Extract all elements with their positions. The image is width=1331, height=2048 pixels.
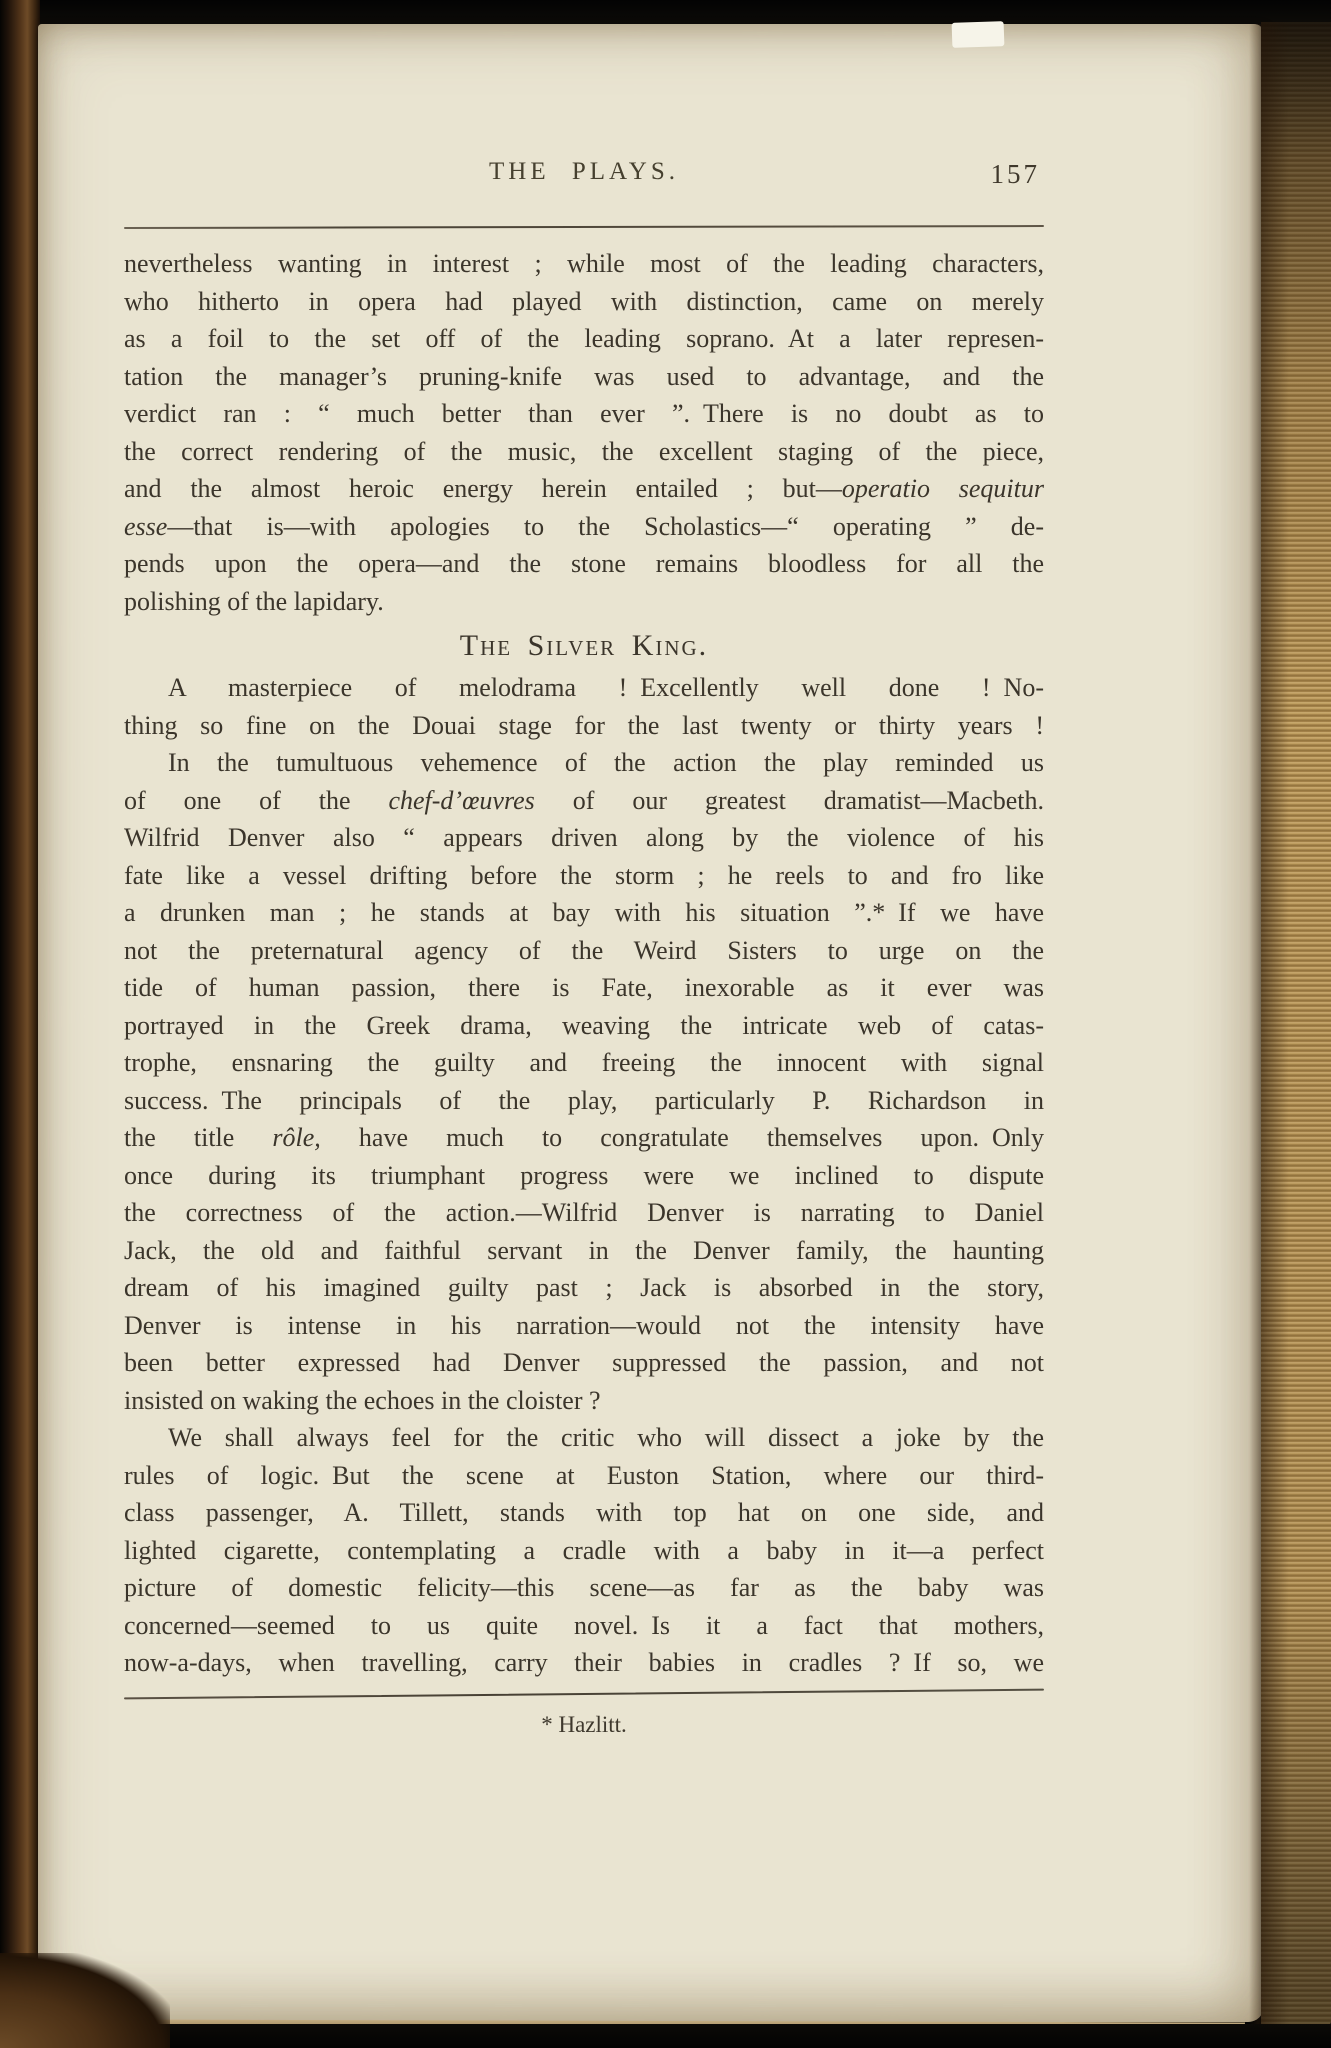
running-head: THE PLAYS.	[489, 158, 679, 186]
page-top-edge	[952, 21, 1005, 48]
text-line: as a foil to the set off of the leading …	[124, 320, 1044, 358]
text-line: We shall always feel for the critic who …	[124, 1419, 1044, 1457]
text-line: of one of the chef-d’œuvres of our great…	[124, 782, 1044, 820]
leather-corner	[0, 1953, 170, 2048]
text-line: insisted on waking the echoes in the clo…	[124, 1382, 1044, 1420]
header-rule	[124, 225, 1044, 229]
text-line: Denver is intense in his narration—would…	[124, 1307, 1044, 1345]
text-line: Jack, the old and faithful servant in th…	[124, 1232, 1044, 1270]
text-line: a drunken man ; he stands at bay with hi…	[124, 894, 1044, 932]
paragraph: A masterpiece of melodrama ! Excellently…	[124, 669, 1044, 744]
footnote-text: Hazlitt.	[558, 1712, 626, 1737]
text-line: been better expressed had Denver suppres…	[124, 1344, 1044, 1382]
text-line: esse—that is—with apologies to the Schol…	[124, 508, 1044, 546]
footnote-symbol: *	[541, 1712, 553, 1737]
text-line: dream of his imagined guilty past ; Jack…	[124, 1269, 1044, 1307]
text-line: not the preternatural agency of the Weir…	[124, 932, 1044, 970]
paragraph: nevertheless wanting in interest ; while…	[124, 245, 1044, 620]
text-line: Wilfrid Denver also “ appears driven alo…	[124, 819, 1044, 857]
text-line: nevertheless wanting in interest ; while…	[124, 245, 1044, 283]
book-spine	[0, 0, 40, 2048]
text-line: success. The principals of the play, par…	[124, 1082, 1044, 1120]
text-line: once during its triumphant progress were…	[124, 1157, 1044, 1195]
footnote: * Hazlitt.	[124, 1712, 1044, 1738]
background-bottom-band	[0, 2024, 1331, 2048]
section-heading: The Silver King.	[124, 627, 1044, 664]
paragraph: We shall always feel for the critic who …	[124, 1419, 1044, 1682]
text-line: the title rôle, have much to congratulat…	[124, 1119, 1044, 1157]
text-line: A masterpiece of melodrama ! Excellently…	[124, 669, 1044, 707]
text-block: THE PLAYS. 157 nevertheless wanting in i…	[124, 158, 1044, 1738]
text-line: In the tumultuous vehemence of the actio…	[124, 744, 1044, 782]
text-line: polishing of the lapidary.	[124, 583, 1044, 621]
text-body: nevertheless wanting in interest ; while…	[124, 245, 1044, 1682]
text-line: thing so fine on the Douai stage for the…	[124, 707, 1044, 745]
text-line: trophe, ensnaring the guilty and freeing…	[124, 1044, 1044, 1082]
text-line: the correctness of the action.—Wilfrid D…	[124, 1194, 1044, 1232]
footnote-rule	[124, 1688, 1044, 1699]
text-line: now-a-days, when travelling, carry their…	[124, 1644, 1044, 1682]
paragraph: In the tumultuous vehemence of the actio…	[124, 744, 1044, 1419]
running-head-row: THE PLAYS. 157	[124, 158, 1044, 200]
text-line: verdict ran : “ much better than ever ”.…	[124, 395, 1044, 433]
text-line: and the almost heroic energy herein enta…	[124, 470, 1044, 508]
book-scan: THE PLAYS. 157 nevertheless wanting in i…	[0, 0, 1331, 2048]
text-line: fate like a vessel drifting before the s…	[124, 857, 1044, 895]
text-line: picture of domestic felicity—this scene—…	[124, 1569, 1044, 1607]
text-line: pends upon the opera—and the stone remai…	[124, 545, 1044, 583]
text-line: lighted cigarette, contemplating a cradl…	[124, 1532, 1044, 1570]
text-line: tide of human passion, there is Fate, in…	[124, 969, 1044, 1007]
text-line: concerned—seemed to us quite novel. Is i…	[124, 1607, 1044, 1645]
background-top-band	[0, 0, 1331, 25]
text-line: who hitherto in opera had played with di…	[124, 283, 1044, 321]
text-line: class passenger, A. Tillett, stands with…	[124, 1494, 1044, 1532]
text-line: the correct rendering of the music, the …	[124, 433, 1044, 471]
text-line: portrayed in the Greek drama, weaving th…	[124, 1007, 1044, 1045]
text-line: tation the manager’s pruning-knife was u…	[124, 358, 1044, 396]
fore-edge-shading	[1261, 22, 1331, 2030]
page-number: 157	[991, 159, 1041, 190]
text-line: rules of logic. But the scene at Euston …	[124, 1457, 1044, 1495]
